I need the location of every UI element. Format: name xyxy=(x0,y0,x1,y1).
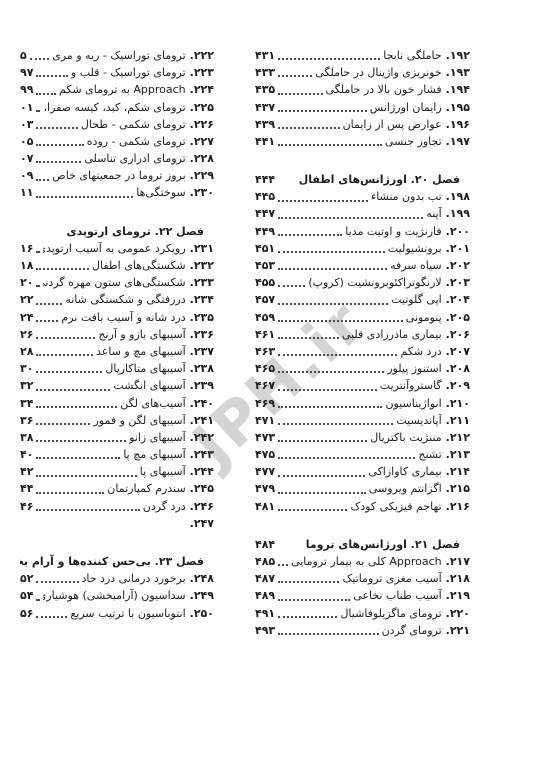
entry-page-number: ۰۱ xyxy=(20,99,33,116)
entry-title: ترومای ادراری تناسلی xyxy=(84,150,185,167)
chapter-page-number: ۴۸۴ xyxy=(255,536,275,553)
entry-title: فشار خون بالا در حاملگی xyxy=(326,81,442,98)
entry-page-number: ۳۴ xyxy=(20,395,33,412)
entry-page-number: ۴۶۱ xyxy=(255,326,275,343)
entry-title: رویکرد عمومی به آسیب ارتوپدی xyxy=(43,240,185,257)
toc-entry: ۱۹۲.حاملگی نابجا۴۳۱ xyxy=(255,47,470,64)
entry-number: ۲۰۹. xyxy=(446,377,470,394)
toc-entry: ۲۳۳.شکستگی‌های ستون مهره گردنی۲۰ xyxy=(20,274,214,291)
entry-page-number: ۹۹ xyxy=(20,81,33,98)
toc-entry: ۲۳۹.آسیبهای انگشت۳۲ xyxy=(20,377,214,394)
chapter-heading-label: فصل ۲۳. بی‌حس کننده‌ها و آرام بخش‌ها xyxy=(20,553,214,570)
entry-title: حاملگی نابجا xyxy=(383,47,441,64)
toc-entry: ۲۰۷.درد شکم۴۶۳ xyxy=(255,343,470,360)
toc-entry: ۲۱۰.انواژیناسیون۴۶۹ xyxy=(255,395,470,412)
dot-leader xyxy=(36,196,133,198)
entry-number: ۲۲۱. xyxy=(446,622,470,639)
entry-page-number: ۵ xyxy=(20,47,27,64)
entry-number: ۲۳۰. xyxy=(190,184,214,201)
toc-column-right: ۱۹۲.حاملگی نابجا۴۳۱۱۹۳.خونریزی واژینال د… xyxy=(255,47,470,639)
entry-number: ۲۲۷. xyxy=(190,133,214,150)
entry-title: عوارض پس از زایمان xyxy=(343,116,442,133)
entry-number: ۱۹۸. xyxy=(446,188,470,205)
toc-entry: ۲۱۱.آپاندیسیت۴۷۱ xyxy=(255,412,470,429)
entry-number: ۲۱۷. xyxy=(446,553,470,570)
entry-title: اگزانتم ویروسی xyxy=(369,480,442,497)
dot-leader xyxy=(278,58,380,60)
entry-number: ۲۰۵. xyxy=(446,309,470,326)
toc-entry: ۲۱۸.آسیب مغزی تروماتیک۴۸۷ xyxy=(255,570,470,587)
entry-page-number: ۴۳۵ xyxy=(255,81,275,98)
toc-entry: ۱۹۴.فشار خون بالا در حاملگی۴۳۵ xyxy=(255,81,470,98)
dot-leader xyxy=(36,127,77,129)
entry-title: سندرم کمپارتمان xyxy=(107,480,185,497)
entry-page-number: ۴۴۷ xyxy=(255,205,275,222)
toc-column-left: ۲۲۲.ترومای توراسیک - ریه و مری۵۲۲۳.تروما… xyxy=(20,47,214,622)
dot-leader xyxy=(278,633,378,635)
dot-leader xyxy=(278,217,423,219)
entry-page-number: ۴۷۹ xyxy=(255,480,275,497)
entry-page-number: ۲۴ xyxy=(20,309,33,326)
entry-page-number: ۴۰ xyxy=(20,446,33,463)
entry-title: آپنه xyxy=(426,205,441,222)
chapter-heading-label: فصل ۲۱. اورژانس‌های تروما xyxy=(306,536,470,553)
dot-leader xyxy=(36,457,120,459)
entry-page-number: ۴۴۱ xyxy=(255,133,275,150)
toc-entry: ۲۰۴.اپی گلوتیت۴۵۷ xyxy=(255,291,470,308)
dot-leader xyxy=(278,234,342,236)
toc-entry: ۲۱۶.تهاجم فیزیکی کودک۴۸۱ xyxy=(255,498,470,515)
dot-leader xyxy=(278,440,367,442)
toc-entry: ۲۳۵.درد شانه و آسیب بافت نرم۲۴ xyxy=(20,309,214,326)
entry-number: ۲۴۰. xyxy=(190,395,214,412)
entry-page-number: ۳۶ xyxy=(20,412,33,429)
entry-page-number: ۹۷ xyxy=(20,64,33,81)
entry-number: ۲۳۳. xyxy=(190,274,214,291)
entry-title: انتوباسیون با ترتیب سریع xyxy=(70,605,185,622)
entry-page-number: ۵۶ xyxy=(20,605,33,622)
dot-leader xyxy=(278,110,367,112)
entry-title: سیاه سرفه xyxy=(390,257,442,274)
toc-entry: ۲۰۰.فارنژیت و اوتیت مدیا۴۴۹ xyxy=(255,223,470,240)
dot-leader xyxy=(278,406,382,408)
entry-number: ۲۰۰. xyxy=(446,223,470,240)
entry-page-number: ۴۳۳ xyxy=(255,64,275,81)
entry-title: فارنژیت و اوتیت مدیا xyxy=(345,223,441,240)
entry-number: ۲۴۱. xyxy=(190,412,214,429)
dot-leader xyxy=(278,93,322,95)
entry-page-number: ۳۰ xyxy=(20,360,33,377)
dot-leader xyxy=(36,581,78,583)
entry-number: ۲۰۴. xyxy=(446,291,470,308)
entry-page-number: ۵۴ xyxy=(20,587,33,604)
entry-number: ۲۲۴. xyxy=(190,81,214,98)
entry-page-number: ۴۵۷ xyxy=(255,291,275,308)
entry-number: ۲۴۵. xyxy=(190,480,214,497)
entry-title: اپی گلوتیت xyxy=(391,291,442,308)
toc-entry: ۲۰۹.گاستروآنتریت۴۶۷ xyxy=(255,377,470,394)
entry-page-number: ۴۶۳ xyxy=(255,343,275,360)
toc-entry: ۲۲۴.Approach به ترومای شکم۹۹ xyxy=(20,81,214,98)
dot-leader xyxy=(36,509,139,511)
entry-page-number: ۴۳۷ xyxy=(255,99,275,116)
toc-entry: ۲۰۱.برونشیولیت۴۵۱ xyxy=(255,240,470,257)
entry-number: ۲۲۶. xyxy=(190,116,214,133)
toc-entry: ۲۱۴.بیماری کاوازاکی۴۷۷ xyxy=(255,463,470,480)
entry-page-number: ۴۴۹ xyxy=(255,223,275,240)
dot-leader xyxy=(36,320,58,322)
dot-leader xyxy=(36,440,126,442)
entry-number: ۲۲۸. xyxy=(190,150,214,167)
entry-page-number: ۰۷ xyxy=(20,150,33,167)
chapter-heading: فصل ۲۰. اورژانس‌های اطفال۴۴۴ xyxy=(255,171,470,188)
dot-leader xyxy=(278,492,366,494)
toc-page: JPH.ir ۲۲۲.ترومای توراسیک - ریه و مری۵۲۲… xyxy=(0,0,538,768)
toc-entry: ۲۰۵.پنومونی۴۵۹ xyxy=(255,309,470,326)
entry-number: ۲۱۱. xyxy=(446,412,470,429)
toc-entry: ۲۲۰.ترومای ماگزیلوفاشیال۴۹۱ xyxy=(255,605,470,622)
entry-title: آسیبهای زانو xyxy=(129,429,186,446)
entry-title: ترومای شکمی - روده xyxy=(87,133,186,150)
entry-title: برخورد درمانی درد حاد xyxy=(82,570,186,587)
chapter-heading-label: فصل ۲۲. ترومای ارتوپدی xyxy=(66,223,214,240)
toc-entry: ۲۳۷.آسیبهای مچ و ساعد۲۸ xyxy=(20,343,214,360)
dot-leader xyxy=(36,93,56,95)
entry-page-number: ۴۷۱ xyxy=(255,412,275,429)
entry-title: آسیبهای بازو و آرنج xyxy=(98,326,185,343)
toc-entry: ۲۴۷. xyxy=(20,515,214,532)
entry-number: ۲۳۸. xyxy=(190,360,214,377)
toc-entry: ۲۱۹.آسیب طناب نخاعی۴۸۹ xyxy=(255,587,470,604)
toc-entry: ۲۰۲.سیاه سرفه۴۵۳ xyxy=(255,257,470,274)
entry-number: ۲۱۰. xyxy=(446,395,470,412)
toc-entry: ۲۲۸.ترومای ادراری تناسلی۰۷ xyxy=(20,150,214,167)
entry-page-number: ۴۸۵ xyxy=(255,553,275,570)
entry-title: انواژیناسیون xyxy=(385,395,441,412)
toc-entry: ۱۹۶.عوارض پس از زایمان۴۳۹ xyxy=(255,116,470,133)
entry-number: ۲۳۷. xyxy=(190,343,214,360)
toc-entry: ۲۲۳.ترومای توراسیک - قلب و۹۷ xyxy=(20,64,214,81)
entry-number: ۲۱۶. xyxy=(446,498,470,515)
toc-entry: ۲۳۲.شکستگی‌های اطفال۱۸ xyxy=(20,257,214,274)
entry-title: آسیبهای انگشت xyxy=(113,377,185,394)
dot-leader xyxy=(36,110,40,112)
entry-title: خونریزی واژینال در حاملگی xyxy=(315,64,441,81)
entry-page-number: ۴۳۹ xyxy=(255,116,275,133)
entry-title: ترومای توراسیک - ریه و مری xyxy=(52,47,185,64)
entry-number: ۲۴۲. xyxy=(190,429,214,446)
entry-title: سوختگی‌ها xyxy=(136,184,185,201)
dot-leader xyxy=(36,179,49,181)
dot-leader xyxy=(278,320,403,322)
toc-entry: ۲۰۶.بیماری مادرزادی قلبی۴۶۱ xyxy=(255,326,470,343)
entry-title: تجاوز جنسی xyxy=(385,133,442,150)
entry-number: ۲۳۶. xyxy=(190,326,214,343)
entry-number: ۲۲۵. xyxy=(190,99,214,116)
entry-number: ۲۲۰. xyxy=(446,605,470,622)
entry-title: بیماری کاوازاکی xyxy=(368,463,441,480)
toc-entry: ۲۴۹.سداسیون (آرامبخشی) هوشیاری۵۴ xyxy=(20,587,214,604)
entry-title: درد شانه و آسیب بافت نرم xyxy=(61,309,185,326)
toc-entry: ۲۴۵.سندرم کمپارتمان۴۴ xyxy=(20,481,214,498)
entry-title: بیماری مادرزادی قلبی xyxy=(342,326,442,343)
toc-entry: ۲۵۰.انتوباسیون با ترتیب سریع۵۶ xyxy=(20,605,214,622)
entry-number: ۲۳۲. xyxy=(190,257,214,274)
entry-number: ۲۱۹. xyxy=(446,587,470,604)
entry-number: ۱۹۳. xyxy=(446,64,470,81)
entry-title: برونشیولیت xyxy=(388,240,442,257)
entry-number: ۲۰۷. xyxy=(446,343,470,360)
entry-page-number: ۴۸۷ xyxy=(255,570,275,587)
dot-leader xyxy=(278,144,382,146)
entry-title: زایمان اورژانس xyxy=(370,99,442,116)
toc-entry: ۲۲۷.ترومای شکمی - روده۰۵ xyxy=(20,133,214,150)
toc-entry: ۲۲۶.ترومای شکمی - طحال۰۳ xyxy=(20,116,214,133)
toc-entry: ۲۴۸.برخورد درمانی درد حاد۵۲ xyxy=(20,570,214,587)
entry-page-number: ۴۲ xyxy=(20,463,33,480)
toc-entry: ۱۹۸.تب بدون منشاء۴۴۵ xyxy=(255,188,470,205)
dot-leader xyxy=(278,599,350,601)
entry-title: ترومای توراسیک - قلب و xyxy=(71,64,186,81)
entry-page-number: ۴۷۷ xyxy=(255,463,275,480)
entry-number: ۲۳۵. xyxy=(190,309,214,326)
entry-number: ۲۳۴. xyxy=(190,291,214,308)
entry-page-number: ۴۵۵ xyxy=(255,274,275,291)
entry-page-number: ۱۱ xyxy=(20,184,33,201)
toc-entry: ۲۳۱.رویکرد عمومی به آسیب ارتوپدی۱۶ xyxy=(20,240,214,257)
entry-page-number: ۲۸ xyxy=(20,343,33,360)
entry-title: آسیبهای مچ پا xyxy=(123,446,185,463)
entry-page-number: ۴۳۱ xyxy=(255,47,275,64)
toc-entry: ۲۰۸.استنوز پیلور۴۶۵ xyxy=(255,360,470,377)
toc-entry: ۲۴۳.آسیبهای مچ پا۴۰ xyxy=(20,446,214,463)
chapter-heading: فصل ۲۳. بی‌حس کننده‌ها و آرام بخش‌ها xyxy=(20,553,214,570)
entry-page-number: ۴۹۳ xyxy=(255,622,275,639)
toc-entry: ۲۰۳.لارنگوتراکئوبرونشیت (کروپ)۴۵۵ xyxy=(255,274,470,291)
entry-number: ۱۹۴. xyxy=(446,81,470,98)
dot-leader xyxy=(278,200,368,202)
toc-entry: ۲۴۰.آسیب‌های لگن۳۴ xyxy=(20,395,214,412)
toc-entry: ۲۳۶.آسیبهای بازو و آرنج۲۶ xyxy=(20,326,214,343)
entry-page-number: ۱۶ xyxy=(20,240,33,257)
entry-number: ۲۰۲. xyxy=(446,257,470,274)
entry-title: تب بدون منشاء xyxy=(371,188,442,205)
entry-title: گاستروآنتریت xyxy=(380,377,442,394)
toc-entry: ۲۱۳.تشنج۴۷۵ xyxy=(255,446,470,463)
entry-page-number: ۴۴ xyxy=(20,480,33,497)
entry-number: ۲۴۶. xyxy=(190,498,214,515)
dot-leader xyxy=(30,58,50,60)
dot-leader xyxy=(36,599,40,601)
entry-number: ۲۱۳. xyxy=(446,446,470,463)
entry-number: ۲۲۳. xyxy=(190,64,214,81)
entry-page-number: ۰۳ xyxy=(20,116,33,133)
entry-page-number: ۴۹۱ xyxy=(255,605,275,622)
entry-page-number: ۴۷۵ xyxy=(255,446,275,463)
entry-title: ترومای ماگزیلوفاشیال xyxy=(340,605,441,622)
toc-entry: ۲۴۴.آسیبهای پا۴۲ xyxy=(20,463,214,480)
dot-leader xyxy=(36,337,95,339)
entry-page-number: ۱۸ xyxy=(20,257,33,274)
dot-leader xyxy=(278,285,305,287)
entry-title: Approach کلی به بیمار ترومایی xyxy=(291,553,442,570)
entry-number: ۲۰۸. xyxy=(446,360,470,377)
entry-title: Approach به ترومای شکم xyxy=(59,81,186,98)
entry-number: ۲۱۵. xyxy=(446,480,470,497)
entry-title: آسیب طناب نخاعی xyxy=(353,587,441,604)
entry-number: ۲۱۸. xyxy=(446,570,470,587)
toc-entry: ۲۴۲.آسیبهای زانو۳۸ xyxy=(20,429,214,446)
entry-page-number: ۴۸۱ xyxy=(255,498,275,515)
dot-leader xyxy=(278,127,339,129)
entry-page-number: ۰۵ xyxy=(20,133,33,150)
chapter-heading-label: فصل ۲۰. اورژانس‌های اطفال xyxy=(299,171,470,188)
entry-page-number: ۴۶۹ xyxy=(255,395,275,412)
dot-leader xyxy=(278,268,387,270)
entry-page-number: ۴۶۷ xyxy=(255,377,275,394)
toc-entry: ۱۹۹.آپنه۴۴۷ xyxy=(255,206,470,223)
entry-title: مننژیت باکتریال xyxy=(370,429,441,446)
chapter-page-number: ۴۴۴ xyxy=(255,171,275,188)
toc-entry: ۲۲۵.ترومای شکم، کبد، کیسه صفرا، و۰۱ xyxy=(20,99,214,116)
entry-number: ۲۱۲. xyxy=(446,429,470,446)
entry-page-number: ۴۷۳ xyxy=(255,429,275,446)
entry-title: درد گردن xyxy=(143,498,186,515)
dot-leader xyxy=(278,423,393,425)
dot-leader xyxy=(36,75,67,77)
dot-leader xyxy=(36,161,81,163)
entry-page-number: ۵۲ xyxy=(20,570,33,587)
toc-entry: ۲۱۵.اگزانتم ویروسی۴۷۹ xyxy=(255,481,470,498)
entry-title: شکستگی‌های اطفال xyxy=(92,257,186,274)
entry-number: ۱۹۲. xyxy=(446,47,470,64)
entry-number: ۲۲۲. xyxy=(190,47,214,64)
entry-number: ۲۲۹. xyxy=(190,167,214,184)
entry-title: آسیب مغزی تروماتیک xyxy=(342,570,441,587)
dot-leader xyxy=(278,75,312,77)
dot-leader xyxy=(278,457,415,459)
dot-leader xyxy=(36,389,110,391)
dot-leader xyxy=(36,251,40,253)
entry-number: ۱۹۷. xyxy=(446,133,470,150)
entry-title: آسیب‌های لگن xyxy=(120,395,185,412)
entry-page-number: ۴۴۵ xyxy=(255,188,275,205)
dot-leader xyxy=(36,406,117,408)
dot-leader xyxy=(36,303,62,305)
entry-page-number: ۰۹ xyxy=(20,167,33,184)
dot-leader xyxy=(278,303,388,305)
entry-page-number: ۲۰ xyxy=(20,274,33,291)
entry-page-number: ۴۸۹ xyxy=(255,587,275,604)
dot-leader xyxy=(36,423,90,425)
dot-leader xyxy=(278,251,385,253)
dot-leader xyxy=(278,581,339,583)
entry-title: شکستگی‌های ستون مهره گردنی xyxy=(43,274,185,291)
entry-number: ۲۰۳. xyxy=(446,274,470,291)
toc-entry: ۲۳۸.آسیبهای متاکارپال۳۰ xyxy=(20,360,214,377)
entry-title: لارنگوتراکئوبرونشیت (کروپ) xyxy=(308,274,441,291)
entry-title: آسیبهای پا xyxy=(140,463,186,480)
toc-entry: ۲۳۴.دررفتگی و شکستگی شانه۲۲ xyxy=(20,291,214,308)
toc-entry: ۱۹۵.زایمان اورژانس۴۳۷ xyxy=(255,99,470,116)
entry-title: آسیبهای متاکارپال xyxy=(105,360,185,377)
dot-leader xyxy=(36,616,67,618)
toc-entry: ۲۲۹.بروز تروما در جمعیتهای خاص۰۹ xyxy=(20,167,214,184)
entry-title: بروز تروما در جمعیتهای خاص xyxy=(52,167,185,184)
toc-entry: ۱۹۷.تجاوز جنسی۴۴۱ xyxy=(255,133,470,150)
dot-leader xyxy=(278,564,288,566)
entry-number: ۲۴۷. xyxy=(190,515,214,532)
dot-leader xyxy=(36,144,83,146)
entry-title: آسیبهای لگن و فمور xyxy=(93,412,185,429)
entry-number: ۱۹۵. xyxy=(446,99,470,116)
entry-number: ۲۰۶. xyxy=(446,326,470,343)
entry-number: ۲۱۴. xyxy=(446,463,470,480)
dot-leader xyxy=(36,268,89,270)
toc-entry: ۱۹۳.خونریزی واژینال در حاملگی۴۳۳ xyxy=(255,64,470,81)
dot-leader xyxy=(36,475,136,477)
entry-page-number: ۲۲ xyxy=(20,291,33,308)
dot-leader xyxy=(278,475,365,477)
entry-number: ۱۹۹. xyxy=(446,205,470,222)
entry-title: سداسیون (آرامبخشی) هوشیاری xyxy=(43,587,185,604)
entry-page-number: ۴۵۱ xyxy=(255,240,275,257)
entry-number: ۲۴۹. xyxy=(190,587,214,604)
entry-title: دررفتگی و شکستگی شانه xyxy=(65,291,185,308)
entry-page-number: ۳۸ xyxy=(20,429,33,446)
toc-entry: ۲۴۶.درد گردن۴۶ xyxy=(20,498,214,515)
entry-title: تشنج xyxy=(418,446,441,463)
entry-title: ترومای شکم، کبد، کیسه صفرا، و xyxy=(43,99,185,116)
entry-page-number: ۴۶۵ xyxy=(255,360,275,377)
toc-entry: ۲۱۷.Approach کلی به بیمار ترومایی۴۸۵ xyxy=(255,553,470,570)
entry-title: ترومای گردن xyxy=(382,622,442,639)
toc-entry: ۲۳۰.سوختگی‌ها۱۱ xyxy=(20,185,214,202)
chapter-heading: فصل ۲۱. اورژانس‌های تروما۴۸۴ xyxy=(255,536,470,553)
toc-entry: ۲۲۲.ترومای توراسیک - ریه و مری۵ xyxy=(20,47,214,64)
entry-page-number: ۴۵۳ xyxy=(255,257,275,274)
dot-leader xyxy=(36,492,104,494)
dot-leader xyxy=(278,337,339,339)
entry-page-number: ۴۵۹ xyxy=(255,309,275,326)
entry-number: ۲۴۴. xyxy=(190,463,214,480)
dot-leader xyxy=(36,371,102,373)
dot-leader xyxy=(36,354,93,356)
entry-title: استنوز پیلور xyxy=(387,360,441,377)
entry-number: ۲۴۸. xyxy=(190,570,214,587)
entry-number: ۲۳۱. xyxy=(190,240,214,257)
entry-number: ۲۳۹. xyxy=(190,377,214,394)
dot-leader xyxy=(278,616,337,618)
toc-entry: ۲۲۱.ترومای گردن۴۹۳ xyxy=(255,622,470,639)
toc-entry: ۲۴۱.آسیبهای لگن و فمور۳۶ xyxy=(20,412,214,429)
entry-title: آپاندیسیت xyxy=(396,412,441,429)
entry-title: آسیبهای مچ و ساعد xyxy=(96,343,186,360)
dot-leader xyxy=(36,285,40,287)
entry-number: ۱۹۶. xyxy=(446,116,470,133)
entry-page-number: ۲۶ xyxy=(20,326,33,343)
chapter-heading: فصل ۲۲. ترومای ارتوپدی xyxy=(20,223,214,240)
entry-page-number: ۳۲ xyxy=(20,377,33,394)
dot-leader xyxy=(278,371,384,373)
dot-leader xyxy=(278,509,347,511)
dot-leader xyxy=(278,354,397,356)
entry-page-number: ۴۶ xyxy=(20,498,33,515)
entry-title: تهاجم فیزیکی کودک xyxy=(350,498,441,515)
entry-number: ۲۴۳. xyxy=(190,446,214,463)
entry-number: ۲۵۰. xyxy=(190,605,214,622)
entry-title: ترومای شکمی - طحال xyxy=(81,116,186,133)
